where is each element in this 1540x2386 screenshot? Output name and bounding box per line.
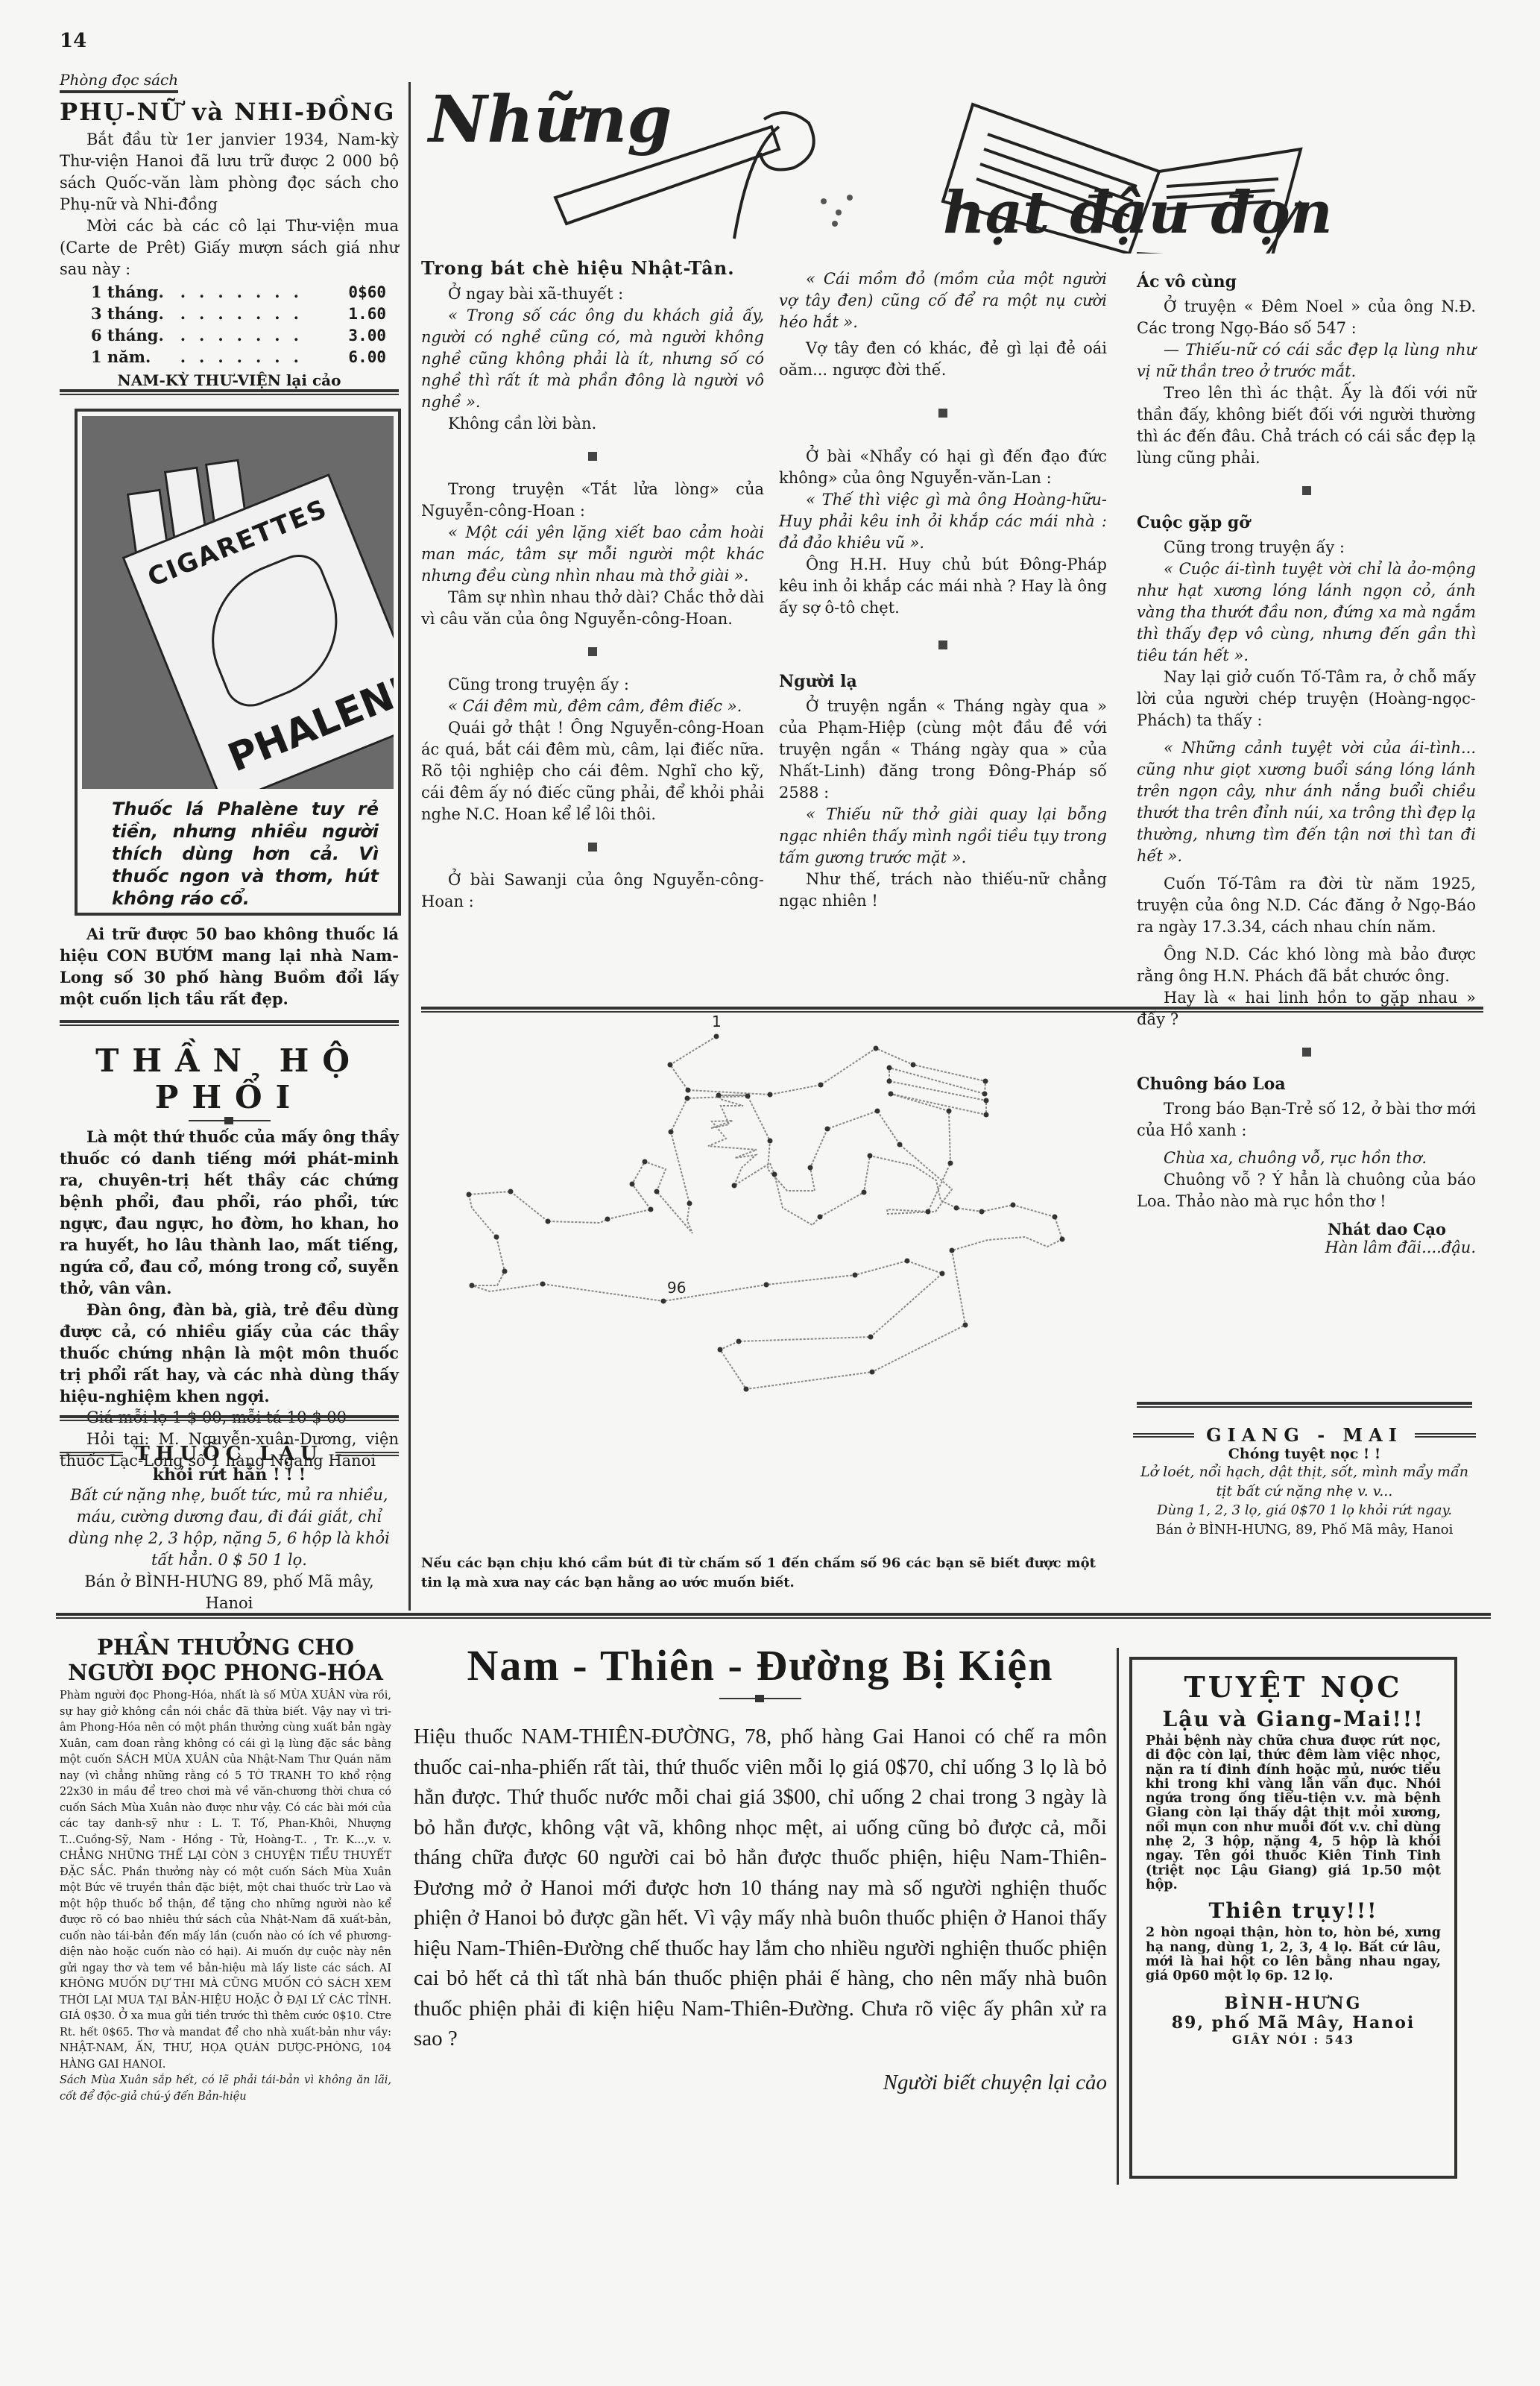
banner-title-left: Những: [429, 82, 672, 157]
item-intro: Trong truyện «Tắt lửa lòng» của Nguyễn-c…: [421, 479, 764, 522]
ad-dosage: Dùng 1, 2, 3 lọ, giá 0$70 1 lọ khỏi rứt …: [1133, 1501, 1476, 1520]
reading-room-notice: Phòng đọc sách PHỤ-NỮ và NHI-ĐỒNG Bắt đầ…: [60, 71, 399, 389]
divider-rule: [421, 1007, 1483, 1013]
price-period: 1 năm.: [91, 347, 179, 367]
section-separator: [421, 645, 764, 659]
item-intro: Cũng trong truyện ấy :: [1137, 537, 1476, 558]
ad-phone: GIÂY NÓI : 543: [1146, 2033, 1441, 2047]
divider-rule: [1137, 1402, 1472, 1408]
section-separator: [421, 840, 764, 854]
double-rule: [1133, 1433, 1194, 1438]
notice-para-2: Mời các bà các cô lại Thư-viện mua (Cart…: [60, 215, 399, 280]
reward-footer: Sách Mùa Xuân sắp hết, có lẽ phải tái-bả…: [60, 2073, 391, 2105]
price-row: 1 tháng........0$60: [91, 282, 386, 302]
item-comment: Ông H.H. Huy chủ bút Đông-Pháp kêu inh ỏ…: [779, 554, 1107, 619]
item-comment: Quái gở thật ! Ông Nguyễn-công-Hoan ác q…: [421, 717, 764, 825]
ad-para-1: Là một thứ thuốc của mấy ông thầy thuốc …: [60, 1126, 399, 1299]
ad-body: Bất cứ nặng nhẹ, buốt tức, mủ ra nhiều, …: [60, 1485, 399, 1571]
item-comment: Chuông vỗ ? Ý hẳn là chuông của báo Loa.…: [1137, 1169, 1476, 1212]
item-heading: Cuộc gặp gỡ: [1137, 513, 1476, 532]
dot-label: 96: [667, 1279, 686, 1297]
ad-title: THUỐC LẬU: [135, 1443, 323, 1465]
section-separator: [1137, 484, 1476, 498]
price-period: 6 tháng.: [91, 325, 179, 345]
phalene-cigarette-ad: CIGARETTES PHALENE Thuốc lá Phalène tuy …: [75, 409, 401, 916]
reward-title-1: PHẦN THƯỞNG CHO: [60, 1634, 391, 1660]
ad-title: THẦN HỘ PHỔI: [60, 1042, 399, 1115]
puzzle-caption: Nếu các bạn chịu khó cầm bút đi từ chấm …: [421, 1554, 1096, 1593]
price-value: 3.00: [341, 325, 386, 345]
article-signature: Người biết chuyện lại cảo: [414, 2068, 1107, 2097]
phalene-offer: Ai trữ được 50 bao không thuốc lá hiệu C…: [60, 923, 399, 1010]
item-heading: Ác vô cùng: [1137, 272, 1476, 292]
double-rule: [335, 1452, 399, 1456]
section-kicker: Phòng đọc sách: [60, 71, 178, 93]
nam-thien-duong-article: Nam - Thiên - Đường Bị Kiện Hiệu thuốc N…: [414, 1640, 1107, 2097]
item-comment: Cuốn Tố-Tâm ra đời từ năm 1925, truyện c…: [1137, 873, 1476, 938]
notice-signature: NAM-KỲ THƯ-VIỆN lại cảo: [60, 371, 399, 389]
price-period: 1 tháng.: [91, 282, 179, 302]
item-quote: « Cuộc ái-tình tuyệt vời chỉ là ảo-mộng …: [1137, 558, 1476, 667]
item-comment: Vợ tây đen có khác, đẻ gì lại đẻ oái oăm…: [779, 338, 1107, 381]
author-subtitle: Hàn lâm đãi....đậu.: [1137, 1238, 1476, 1256]
item-quote: « Cái mồm đỏ (mồm của một người vợ tây đ…: [779, 268, 1107, 333]
author-signature: Nhát dao Cạo: [1137, 1220, 1476, 1238]
item-intro: Trong báo Bạn-Trẻ số 12, ở bài thơ mới c…: [1137, 1098, 1476, 1142]
ad-address: 89, phố Mã Mây, Hanoi: [1146, 2013, 1441, 2033]
item-quote: « Trong số các ông du khách giả ấy, ngườ…: [421, 305, 764, 413]
item-comment: Tâm sự nhìn nhau thở dài? Chắc thở dài v…: [421, 587, 764, 630]
column-c: Ác vô cùng Ở truyện « Đêm Noel » của ông…: [1137, 272, 1476, 1256]
dot-to-dot-puzzle: 1 96 Nếu các bạn chịu khó cầm bút đi từ …: [421, 1022, 1107, 1611]
ad-title: GIANG - MAI: [1206, 1424, 1403, 1446]
item-quote: — Thiếu-nữ có cái sắc đẹp lạ lùng như vị…: [1137, 339, 1476, 383]
ad-subtitle: khỏi rứt hẳn ! ! !: [60, 1465, 399, 1485]
price-row: 1 năm........6.00: [91, 347, 386, 367]
divider-rule: [60, 1020, 399, 1026]
item-comment: Ông N.D. Các khó lòng mà bảo được rằng ô…: [1137, 944, 1476, 987]
page-number: 14: [60, 30, 86, 52]
cigarette-pack-illustration: CIGARETTES PHALENE: [82, 416, 394, 789]
item-quote: Chùa xa, chuông vỗ, rục hồn thơ.: [1137, 1148, 1476, 1169]
item-heading: Chuông báo Loa: [1137, 1074, 1476, 1094]
thuoc-lau-ad: THUỐC LẬU khỏi rứt hẳn ! ! ! Bất cứ nặng…: [60, 1443, 399, 1614]
item-intro: Ở bài Sawanji của ông Nguyễn-công-Hoan :: [421, 869, 764, 913]
price-row: 6 tháng........3.00: [91, 325, 386, 345]
ornament-divider: [189, 1120, 271, 1121]
item-intro: Cũng trong truyện ấy :: [421, 674, 764, 696]
double-rule: [60, 1452, 123, 1456]
dot-label: 1: [712, 1013, 722, 1030]
item-quote: « Một cái yên lặng xiết bao cảm hoài man…: [421, 522, 764, 587]
phalene-slogan: Thuốc lá Phalène tuy rẻ tiền, nhưng nhiề…: [82, 789, 394, 910]
ad-subtitle: Lậu và Giang-Mai!!!: [1146, 1707, 1441, 1731]
item-comment: Nay lại giở cuốn Tố-Tâm ra, ở chỗ mấy lờ…: [1137, 667, 1476, 731]
price-table: 1 tháng........0$60 3 tháng........1.60 …: [89, 280, 388, 368]
than-ho-phoi-ad: THẦN HỘ PHỔI Là một thứ thuốc của mấy ôn…: [60, 1042, 399, 1472]
notice-title: PHỤ-NỮ và NHI-ĐỒNG: [60, 98, 399, 126]
item-comment: Không cần lời bàn.: [421, 413, 764, 435]
divider-rule: [60, 389, 399, 395]
ad-seller: Bán ở BÌNH-HƯNG 89, phố Mã mây, Hanoi: [60, 1571, 399, 1614]
item-quote: « Những cảnh tuyệt vời của ái-tình... cũ…: [1137, 737, 1476, 867]
item-intro: Ở ngay bài xã-thuyết :: [421, 283, 764, 305]
ad-body: Lở loét, nổi hạch, dật thịt, sốt, mình m…: [1133, 1462, 1476, 1501]
reward-title-2: NGƯỜI ĐỌC PHONG-HÓA: [60, 1660, 391, 1685]
divider-rule: [60, 1415, 399, 1421]
item-intro: Ở truyện ngắn « Tháng ngày qua » của Phạ…: [779, 696, 1107, 804]
item-comment: Treo lên thì ác thật. Ấy là đối với nữ t…: [1137, 383, 1476, 469]
item-quote: « Thiếu nữ thở giài quay lại bỗng ngạc n…: [779, 804, 1107, 869]
banner-title-right: hạt đậu đọn: [943, 179, 1333, 247]
price-value: 6.00: [341, 347, 386, 367]
ad-body: Phải bệnh này chữa chưa được rứt nọc, di…: [1146, 1734, 1441, 1892]
reward-notice: PHẦN THƯỞNG CHO NGƯỜI ĐỌC PHONG-HÓA Phàm…: [60, 1634, 391, 2105]
notice-para-1: Bắt đầu từ 1er janvier 1934, Nam-kỳ Thư-…: [60, 129, 399, 215]
ornament-divider: [719, 1698, 801, 1699]
item-quote: « Thế thì việc gì mà ông Hoàng-hữu-Huy p…: [779, 489, 1107, 554]
section-separator: [779, 406, 1107, 421]
item-intro: Ở bài «Nhẩy có hại gì đến đạo đức không»…: [779, 446, 1107, 489]
ad-para-2: Đàn ông, đàn bà, già, trẻ đều dùng được …: [60, 1299, 399, 1407]
ad-body-2: 2 hòn ngoại thận, hòn to, hòn bé, xưng h…: [1146, 1926, 1441, 1983]
price-period: 3 tháng.: [91, 303, 179, 324]
price-row: 3 tháng........1.60: [91, 303, 386, 324]
tuyet-noc-ad: TUYỆT NỌC Lậu và Giang-Mai!!! Phải bệnh …: [1129, 1657, 1457, 2179]
connect-the-dots-drawing: [421, 1022, 1107, 1558]
ad-seller: Bán ở BÌNH-HƯNG, 89, Phố Mã mây, Hanoi: [1133, 1520, 1476, 1540]
article-title: Nam - Thiên - Đường Bị Kiện: [414, 1640, 1107, 1690]
ad-subtitle: Chóng tuyệt nọc ! !: [1133, 1446, 1476, 1462]
reward-body: Phàm người đọc Phong-Hóa, nhất là số MÙA…: [60, 1688, 391, 2073]
item-heading: Người lạ: [779, 672, 1107, 691]
divider-rule-full: [56, 1613, 1491, 1619]
ad-subtitle-2: Thiên trụy!!!: [1146, 1898, 1441, 1923]
column-a: Trong bát chè hiệu Nhật-Tân. Ở ngay bài …: [421, 257, 764, 913]
column-divider-left: [408, 82, 411, 1611]
column-b: « Cái mồm đỏ (mồm của một người vợ tây đ…: [779, 268, 1107, 912]
ad-title: TUYỆT NỌC: [1146, 1670, 1441, 1704]
giang-mai-ad: GIANG - MAI Chóng tuyệt nọc ! ! Lở loét,…: [1133, 1424, 1476, 1540]
double-rule: [1415, 1433, 1476, 1438]
item-comment: Như thế, trách nào thiếu-nữ chẳng ngạc n…: [779, 869, 1107, 912]
section-separator: [1137, 1045, 1476, 1060]
article-body: Hiệu thuốc NAM-THIÊN-ĐƯỜNG, 78, phố hàng…: [414, 1722, 1107, 2054]
price-value: 1.60: [341, 303, 386, 324]
item-intro: Ở truyện « Đêm Noel » của ông N.Đ. Các t…: [1137, 296, 1476, 339]
item-heading: Trong bát chè hiệu Nhật-Tân.: [421, 257, 764, 279]
ad-seller: BÌNH-HƯNG: [1146, 1994, 1441, 2013]
column-divider-bottom-right: [1117, 1648, 1119, 2185]
price-value: 0$60: [341, 282, 386, 302]
item-quote: « Cái đêm mù, đêm câm, đêm điếc ».: [421, 696, 764, 717]
section-separator: [779, 638, 1107, 652]
butterfly-icon: [189, 547, 361, 714]
column-banner: Những hạt đậu đọn: [421, 67, 1480, 254]
section-separator: [421, 450, 764, 464]
